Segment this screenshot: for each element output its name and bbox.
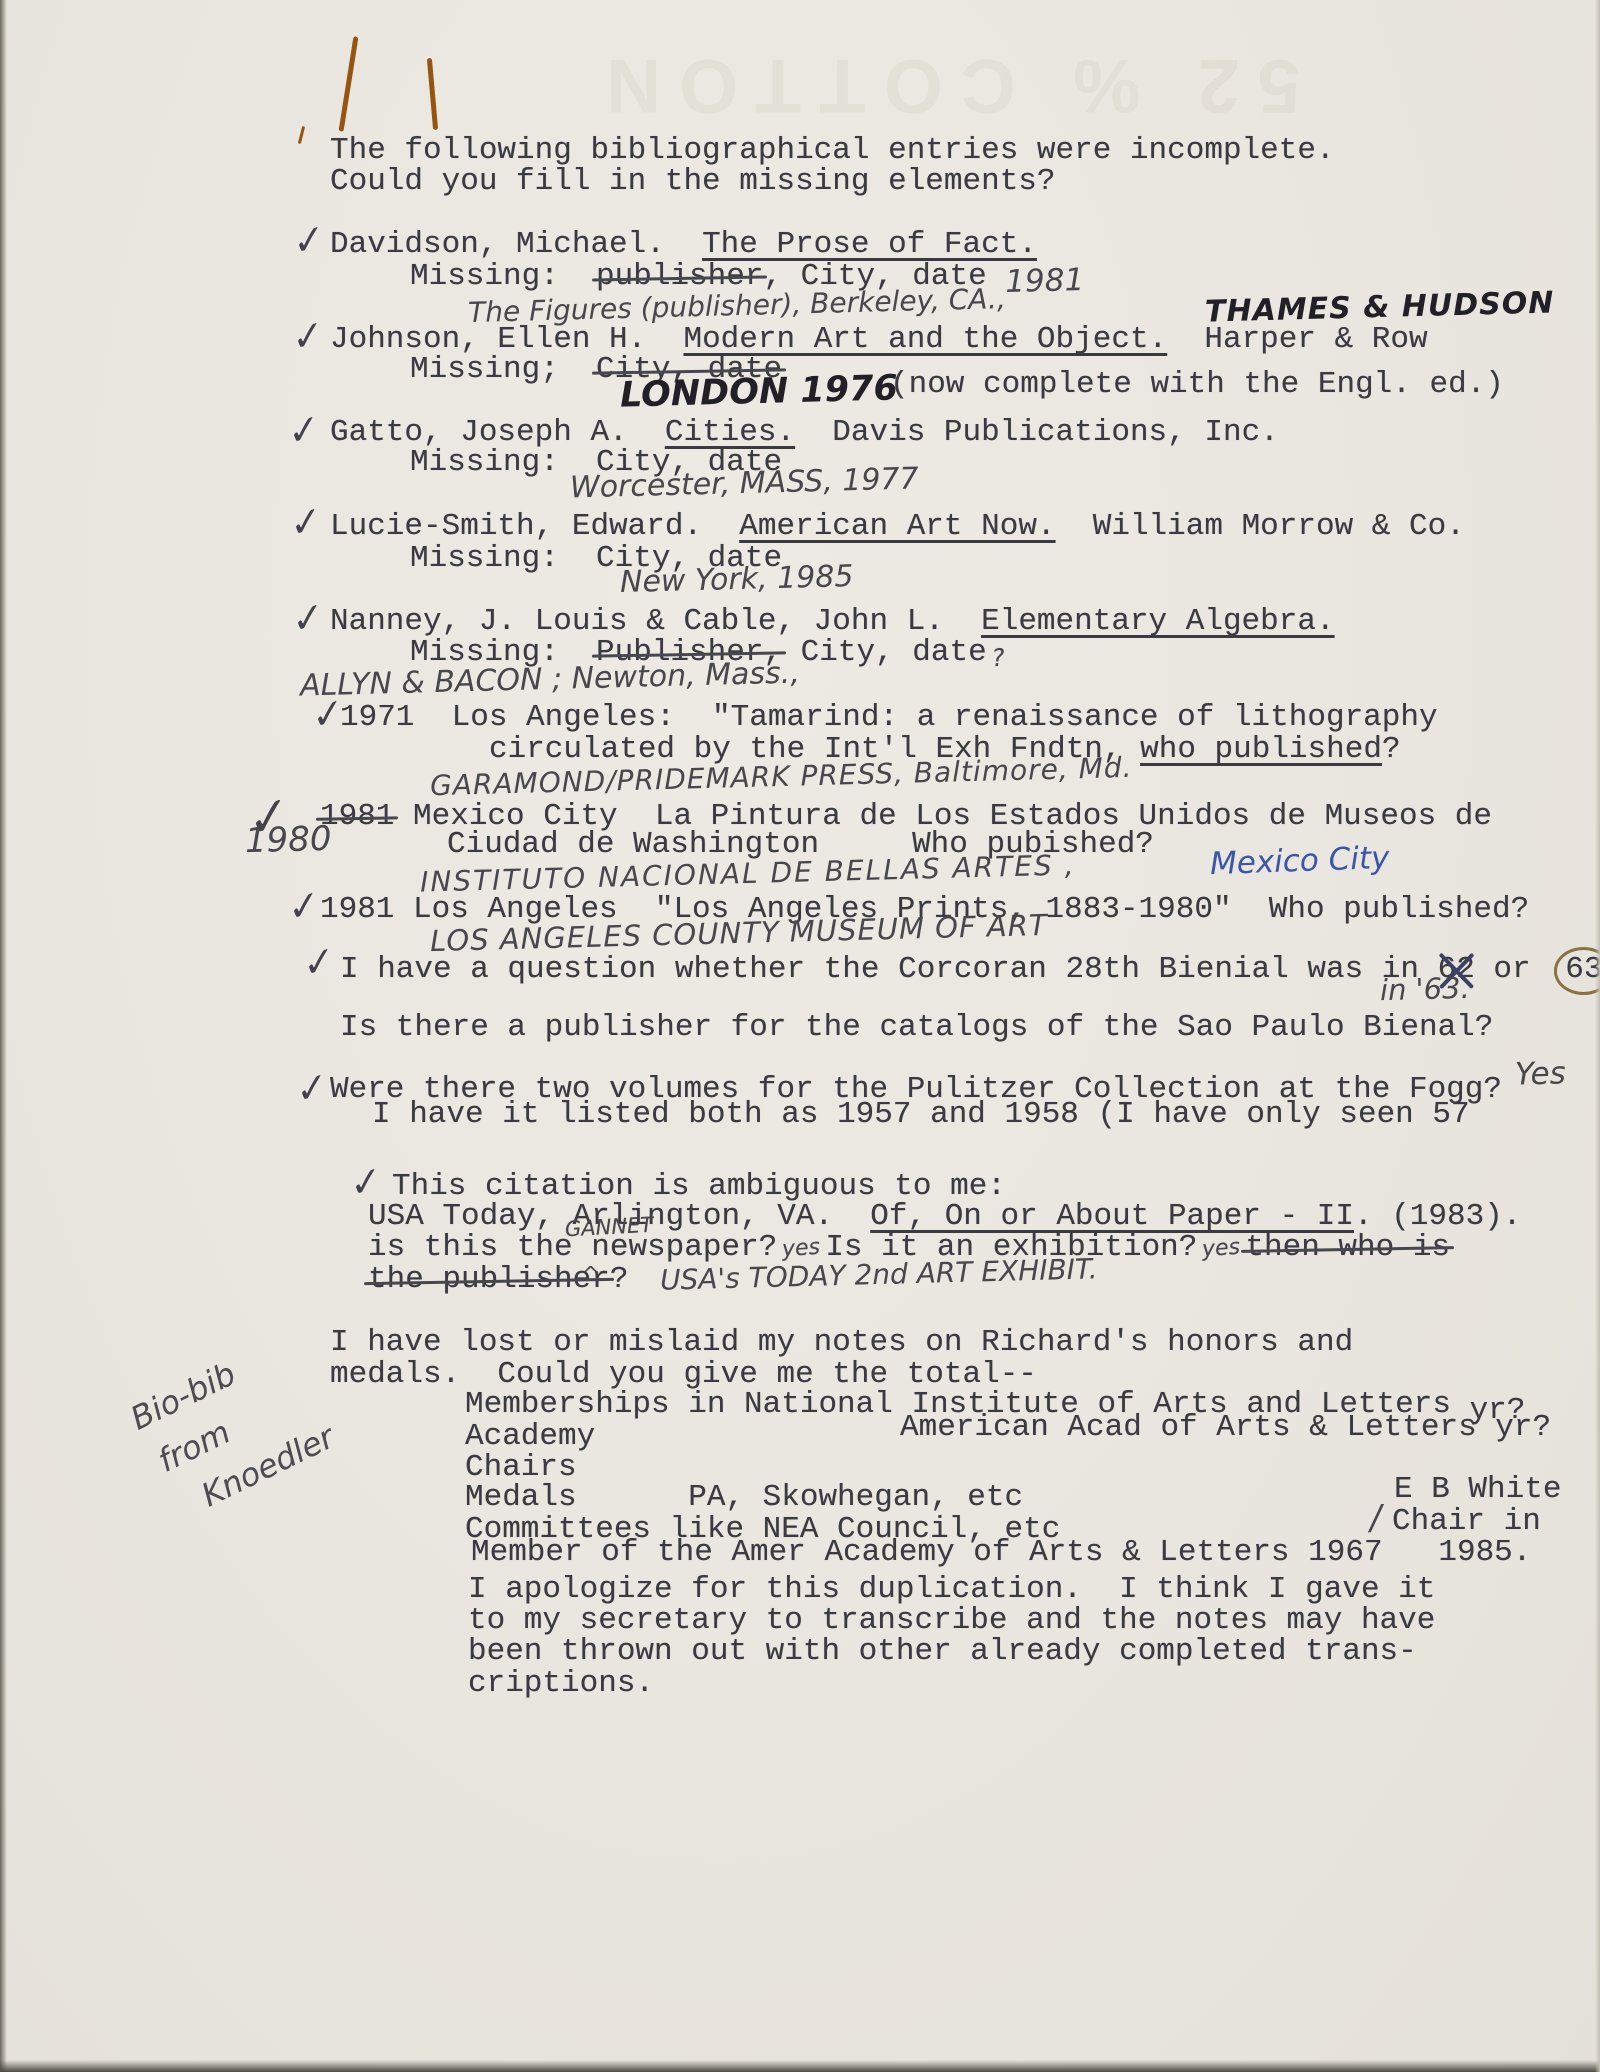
hw-yes: yes — [781, 1235, 821, 1263]
struck-words: then who is — [1245, 1230, 1450, 1266]
honors-line-1: I have lost or mislaid my notes on Richa… — [330, 1325, 1353, 1361]
davidson-entry-line: Davidson, Michael. The Prose of Fact. — [330, 227, 1037, 263]
corcoran-handwritten-answer: in '63. — [1380, 971, 1471, 1007]
apology-line-3: been thrown out with other already compl… — [468, 1634, 1417, 1670]
paper-watermark: 52 % COTTON — [640, 42, 1300, 129]
honors-american-acad-line: American Acad of Arts & Letters yr? — [900, 1410, 1551, 1446]
line-text: I have a question whether the Corcoran 2… — [340, 952, 1438, 987]
sao-paulo-question-line: Is there a publisher for the catalogs of… — [340, 1010, 1493, 1046]
lucie-title: American Art Now. — [739, 509, 1055, 544]
checkmark-icon: ✓ — [289, 497, 323, 548]
hw-yes: yes — [1202, 1235, 1242, 1263]
line-text: ? — [1382, 732, 1401, 767]
checkmark-icon: ✓ — [287, 881, 321, 932]
scan-edge-right — [1595, 0, 1600, 2072]
mexico-city-blue-ink: Mexico City — [1209, 840, 1390, 882]
scan-edge-left — [0, 0, 7, 2072]
lucie-publisher: William Morrow & Co. — [1056, 509, 1465, 544]
missing-rest: City, date — [782, 635, 987, 670]
checkmark-icon: ✓ — [291, 593, 325, 644]
pulitzer-question-line-2: I have it listed both as 1957 and 1958 (… — [372, 1097, 1470, 1133]
checkmark-icon: ✓ — [287, 405, 321, 456]
apology-line-4: criptions. — [468, 1666, 654, 1702]
missing-label: Missing: — [410, 259, 596, 294]
mexico-handwritten-year: 1980 — [244, 819, 332, 861]
gatto-publisher: Davis Publications, Inc. — [795, 415, 1279, 450]
davidson-author: Davidson, Michael. — [330, 227, 702, 262]
honors-member-line: Member of the Amer Academy of Arts & Let… — [471, 1535, 1531, 1571]
citation-line-4: the publisher? — [368, 1262, 628, 1298]
line-text: is this the — [368, 1230, 591, 1265]
checkmark-icon: ✓ — [291, 311, 325, 362]
lucie-entry-line: Lucie-Smith, Edward. American Art Now. W… — [330, 509, 1465, 545]
intro-line-2: Could you fill in the missing elements? — [330, 164, 1056, 200]
pen-stroke — [427, 58, 438, 130]
who-published-underlined: who published — [1140, 732, 1382, 767]
nanney-title: Elementary Algebra. — [981, 604, 1334, 639]
davidson-title: The Prose of Fact. — [702, 227, 1037, 262]
bio-bib-margin-note: Bio-bib from Knoedler — [122, 1322, 343, 1532]
lucie-handwritten-answer: New York, 1985 — [620, 559, 854, 600]
thames-hudson-note: THAMES & HUDSON — [1205, 285, 1555, 329]
citation-title-underlined: Of, On or About Paper - II — [870, 1199, 1354, 1234]
scanned-letter-page: 52 % COTTON The following bibliographica… — [0, 0, 1600, 2072]
honors-medals-line: Medals PA, Skowhegan, etc — [465, 1480, 1023, 1516]
checkmark-icon: ✓ — [302, 937, 336, 988]
pen-tick — [298, 126, 305, 144]
checkmark-icon: ✓ — [292, 215, 326, 266]
london-1976-note: LONDON 1976 — [620, 368, 899, 415]
missing-label: Missing; — [410, 352, 596, 387]
struck-words: the publisher — [368, 1262, 610, 1298]
checkmark-icon: ✓ — [295, 1063, 329, 1114]
nanney-handwritten-answer: ALLYN & BACON ; Newton, Mass., — [300, 655, 801, 703]
circled-year: 63 — [1554, 947, 1600, 995]
hw-question-mark: ? — [991, 645, 1006, 673]
line-text: or — [1475, 952, 1549, 987]
fogg-handwritten-answer: Yes — [1515, 1055, 1567, 1092]
lucie-author: Lucie-Smith, Edward. — [330, 509, 739, 544]
tamarind-line-1: 1971 Los Angeles: "Tamarind: a renaissan… — [340, 700, 1438, 736]
eb-white-note: E B White — [1394, 1472, 1561, 1508]
hw-slash-mark: / — [1369, 1498, 1382, 1538]
scan-edge-bottom — [0, 2060, 1600, 2072]
hw-inserted-word: GANNET — [565, 1213, 654, 1242]
engl-ed-note: (now complete with the Engl. ed.) — [890, 367, 1504, 403]
line-text: . (1983). — [1354, 1199, 1521, 1234]
nanney-authors: Nanney, J. Louis & Cable, John L. — [330, 604, 981, 639]
pen-stroke — [339, 36, 359, 132]
hw-year: 1981 — [1005, 262, 1085, 300]
